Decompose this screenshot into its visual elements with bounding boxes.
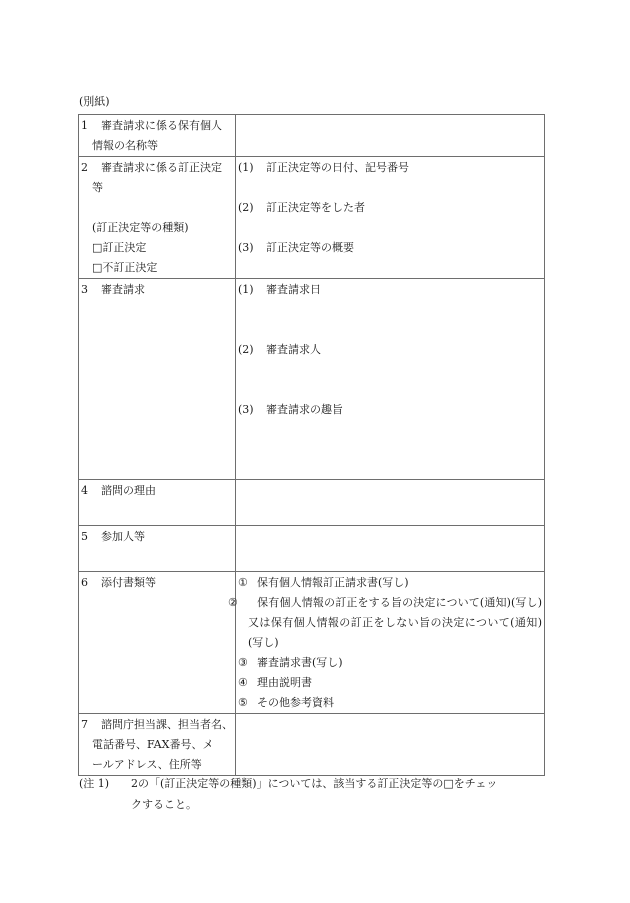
row-3-content-cell[interactable]: (1)審査請求日 (2)審査請求人 (3)審査請求の趣旨 (236, 279, 545, 480)
footnote-line-2: クすること。 (79, 794, 559, 815)
checkbox-icon[interactable]: □ (92, 241, 102, 254)
row-6-label: 6添付書類等 (81, 573, 235, 593)
row-2-label-cell: 2審査請求に係る訂正決定 等 (訂正決定等の種類) □訂正決定 □不訂正決定 (79, 157, 236, 279)
row-7-label: 7諮問庁担当課、担当者名、 (81, 715, 235, 735)
row-5-label: 5参加人等 (81, 527, 235, 547)
review-request-form-table: 1審査請求に係る保有個人 情報の名称等 2審査請求に係る訂正決定 等 (訂正決定… (78, 114, 545, 776)
row-7-label-line3: ールアドレス、住所等 (81, 755, 235, 775)
row-1-label: 1審査請求に係る保有個人 (81, 116, 235, 136)
table-row-6: 6添付書類等 ①保有個人情報訂正請求書(写し) ②保有個人情報の訂正をする旨の決… (79, 572, 545, 714)
checkbox-correction-decision[interactable]: □訂正決定 (81, 238, 235, 258)
table-row-2: 2審査請求に係る訂正決定 等 (訂正決定等の種類) □訂正決定 □不訂正決定 (… (79, 157, 545, 279)
row-4-label: 4諮問の理由 (81, 481, 235, 501)
row-3-item-1: (1)審査請求日 (236, 280, 544, 300)
table-row-5: 5参加人等 (79, 526, 545, 572)
row-6-content-cell[interactable]: ①保有個人情報訂正請求書(写し) ②保有個人情報の訂正をする旨の決定について(通… (236, 572, 545, 714)
attachment-label: (別紙) (79, 94, 110, 110)
attachment-item-3: ③審査請求書(写し) (236, 653, 542, 673)
row-3-label: 3審査請求 (81, 280, 235, 300)
row-2-item-2: (2)訂正決定等をした者 (236, 198, 544, 218)
row-4-label-cell: 4諮問の理由 (79, 480, 236, 526)
row-3-item-3: (3)審査請求の趣旨 (236, 400, 544, 420)
row-7-label-line2: 電話番号、FAX番号、メ (81, 735, 235, 755)
row-1-content-cell[interactable] (236, 115, 545, 157)
table-row-3: 3審査請求 (1)審査請求日 (2)審査請求人 (3)審査請求の趣旨 (79, 279, 545, 480)
row-2-item-3: (3)訂正決定等の概要 (236, 238, 544, 258)
table-row-4: 4諮問の理由 (79, 480, 545, 526)
attachment-item-4: ④理由説明書 (236, 673, 542, 693)
checkbox-icon[interactable]: □ (92, 261, 102, 274)
row-2-item-1: (1)訂正決定等の日付、記号番号 (236, 158, 544, 178)
row-3-item-2: (2)審査請求人 (236, 340, 544, 360)
footnote: (注 1)2の「(訂正決定等の種類)」については、該当する訂正決定等の□をチェッ… (79, 773, 559, 815)
row-1-label-cell: 1審査請求に係る保有個人 情報の名称等 (79, 115, 236, 157)
row-2-label: 2審査請求に係る訂正決定 (81, 158, 235, 178)
footnote-line-1: (注 1)2の「(訂正決定等の種類)」については、該当する訂正決定等の□をチェッ (79, 773, 559, 794)
table-row-1: 1審査請求に係る保有個人 情報の名称等 (79, 115, 545, 157)
table-row-7: 7諮問庁担当課、担当者名、 電話番号、FAX番号、メ ールアドレス、住所等 (79, 714, 545, 776)
row-5-label-cell: 5参加人等 (79, 526, 236, 572)
row-4-content-cell[interactable] (236, 480, 545, 526)
row-2-content-cell[interactable]: (1)訂正決定等の日付、記号番号 (2)訂正決定等をした者 (3)訂正決定等の概… (236, 157, 545, 279)
row-5-content-cell[interactable] (236, 526, 545, 572)
row-7-label-cell: 7諮問庁担当課、担当者名、 電話番号、FAX番号、メ ールアドレス、住所等 (79, 714, 236, 776)
attachment-item-5: ⑤その他参考資料 (236, 693, 542, 713)
row-3-label-cell: 3審査請求 (79, 279, 236, 480)
attachment-item-2: ②保有個人情報の訂正をする旨の決定について(通知)(写し)又は保有個人情報の訂正… (236, 593, 542, 653)
attachment-item-1: ①保有個人情報訂正請求書(写し) (236, 573, 542, 593)
footnote-head: (注 1) (79, 773, 131, 794)
checkbox-non-correction-decision[interactable]: □不訂正決定 (81, 258, 235, 278)
row-2-label-line2: 等 (81, 178, 235, 198)
row-1-label-line2: 情報の名称等 (81, 136, 235, 156)
row-7-content-cell[interactable] (236, 714, 545, 776)
decision-type-heading: (訂正決定等の種類) (81, 218, 235, 238)
row-6-label-cell: 6添付書類等 (79, 572, 236, 714)
